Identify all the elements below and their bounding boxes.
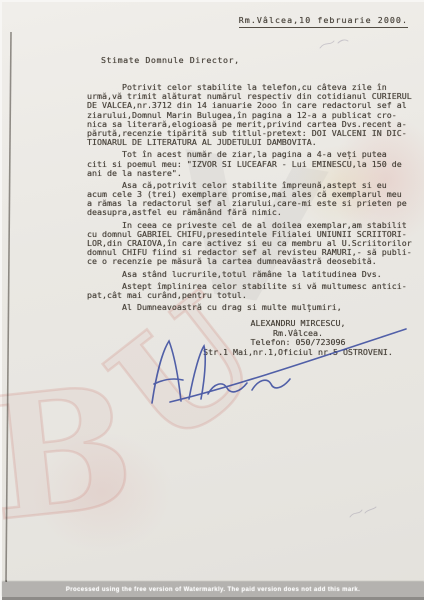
paragraph: Asa stând lucrurile,totul rămâne la lati… xyxy=(87,270,421,279)
pencil-scribble-top xyxy=(320,40,348,48)
letter-line: Al Dumneavoastră cu drag si multe mulțum… xyxy=(87,303,421,312)
date-line: Rm.Vâlcea,10 februarie 2000. xyxy=(239,15,408,28)
letter-line: deasupra,astfel eu rămânând fără nimic. xyxy=(87,208,421,217)
letter-line: ce o recenzie pe măsură la cartea dumnea… xyxy=(87,257,421,266)
letter-line: ani de la nastere". xyxy=(87,169,421,178)
footer-text: Processed using the free version of Wate… xyxy=(66,587,360,593)
letter-line: TIONARUL DE LITERATURA AL JUDETULUI DAMB… xyxy=(87,138,421,147)
paragraph: Astept împlinirea celor stabilite si vă … xyxy=(87,282,421,300)
signature-block: ALEXANDRU MIRCESCU, Rm.Vâlcea. Telefon: … xyxy=(192,319,404,357)
pencil-scribble-bottom xyxy=(350,507,376,517)
paragraph: Asa că,potrivit celor stabilite împreună… xyxy=(87,181,421,218)
watermark-letter-pink-b: B xyxy=(0,347,142,559)
letter-body: Potrivit celor stabilite la telefon,cu c… xyxy=(87,83,421,315)
letter-line: Asa stând lucrurile,totul rămâne la lati… xyxy=(87,270,421,279)
pink-stain-bottom-left xyxy=(32,432,172,552)
paragraph: Potrivit celor stabilite la telefon,cu c… xyxy=(87,83,421,147)
paragraph: Al Dumneavoastră cu drag si multe mulțum… xyxy=(87,303,421,312)
salutation: Stimate Domnule Director, xyxy=(101,55,240,65)
signature-address: Str.1 Mai,nr.1,Oficiul nr.5 OSTROVENI. xyxy=(192,348,404,358)
paragraph: In ceea ce priveste cel de al doilea exe… xyxy=(87,221,421,267)
letter-line: pat,cât mai curând,pentru totul. xyxy=(87,291,421,300)
screenshot-root: V B U Rm.Vâlcea,10 februarie 2000. Stima… xyxy=(0,0,424,600)
footer-band: Processed using the free version of Wate… xyxy=(2,582,424,597)
paragraph: Tot în acest număr de ziar,la pagina a 4… xyxy=(87,150,421,178)
scan-page: V B U Rm.Vâlcea,10 februarie 2000. Stima… xyxy=(2,2,424,600)
page-edge-left xyxy=(6,32,24,594)
